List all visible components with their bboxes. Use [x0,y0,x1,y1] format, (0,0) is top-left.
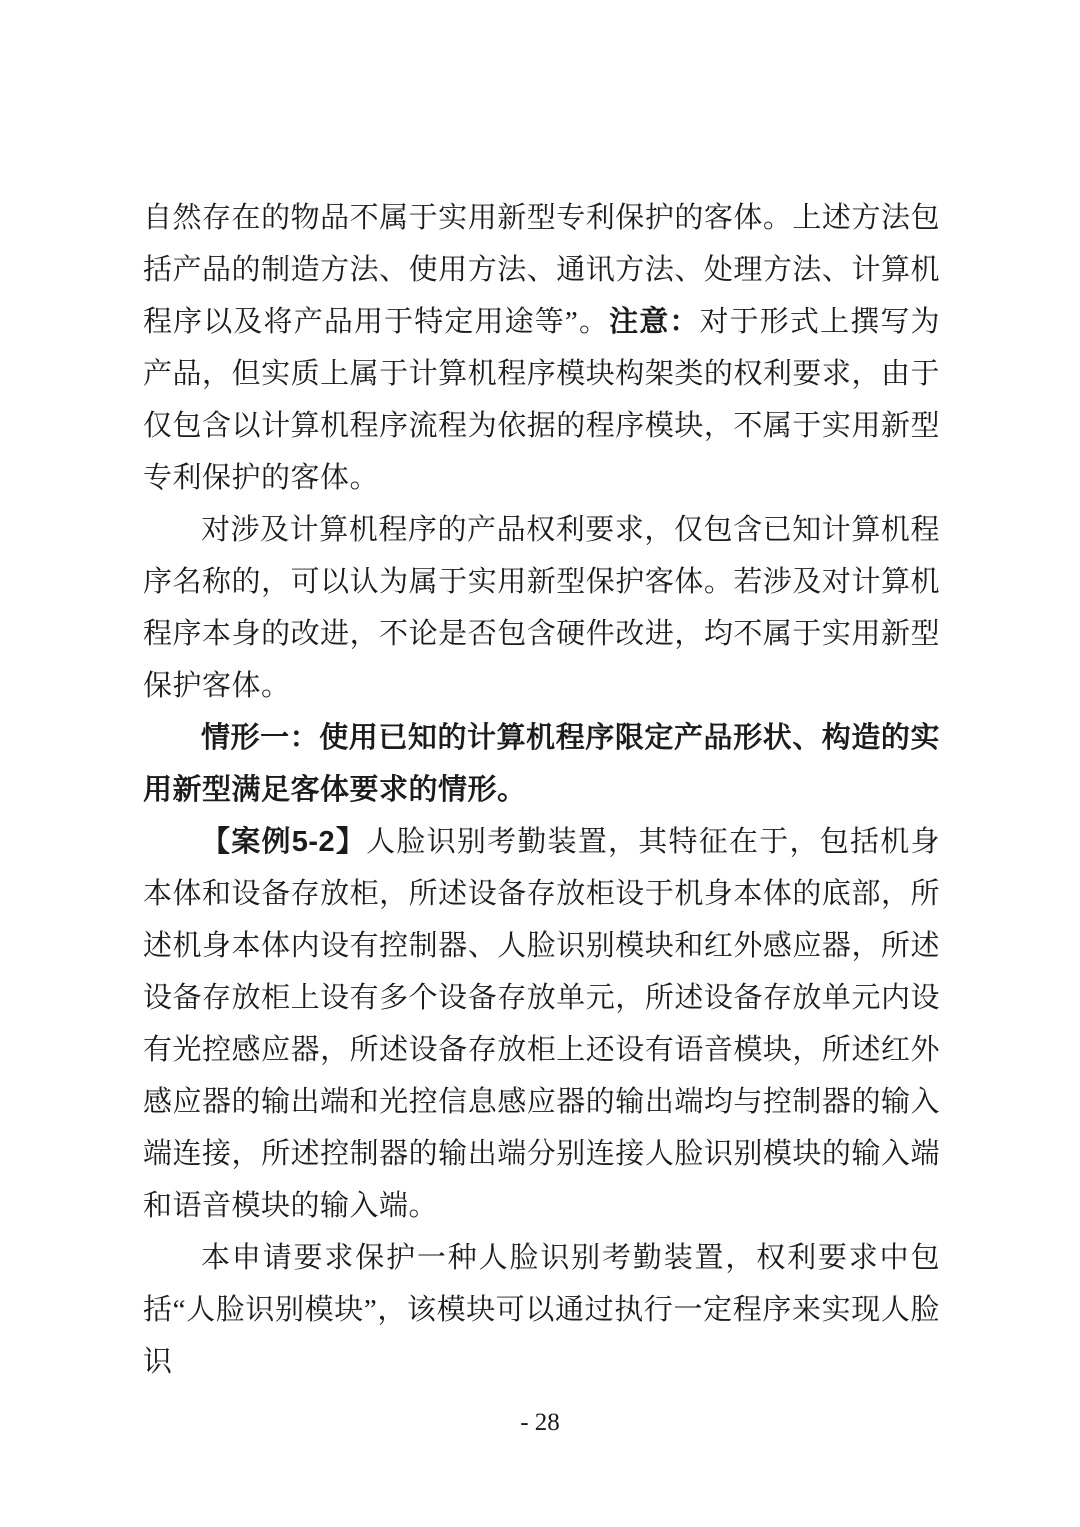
paragraph-case-5-2: 【案例5-2】人脸识别考勤装置，其特征在于，包括机身本体和设备存放柜，所述设备存… [143,816,940,1232]
paragraph-continuation-utility-model-subject: 自然存在的物品不属于实用新型专利保护的客体。上述方法包括产品的制造方法、使用方法… [143,192,940,504]
body-text: 本申请要求保护一种人脸识别考勤装置，权利要求中包括“人脸识别模块”，该模块可以通… [143,1242,940,1378]
document-page: 自然存在的物品不属于实用新型专利保护的客体。上述方法包括产品的制造方法、使用方法… [0,0,1080,1527]
body-text: 人脸识别考勤装置，其特征在于，包括机身本体和设备存放柜，所述设备存放柜设于机身本… [143,826,940,1222]
document-body: 自然存在的物品不属于实用新型专利保护的客体。上述方法包括产品的制造方法、使用方法… [143,192,940,1388]
note-label: 注意： [609,306,699,338]
paragraph-application-summary: 本申请要求保护一种人脸识别考勤装置，权利要求中包括“人脸识别模块”，该模块可以通… [143,1232,940,1388]
heading-scenario-one: 情形一：使用已知的计算机程序限定产品形状、构造的实用新型满足客体要求的情形。 [143,712,940,816]
paragraph-computer-program-claims: 对涉及计算机程序的产品权利要求，仅包含已知计算机程序名称的，可以认为属于实用新型… [143,504,940,712]
section-heading-text: 情形一：使用已知的计算机程序限定产品形状、构造的实用新型满足客体要求的情形。 [143,722,940,806]
case-label: 【案例5-2】 [201,826,366,858]
body-text: 对涉及计算机程序的产品权利要求，仅包含已知计算机程序名称的，可以认为属于实用新型… [143,514,940,702]
page-number: - 28 [0,1406,1080,1440]
